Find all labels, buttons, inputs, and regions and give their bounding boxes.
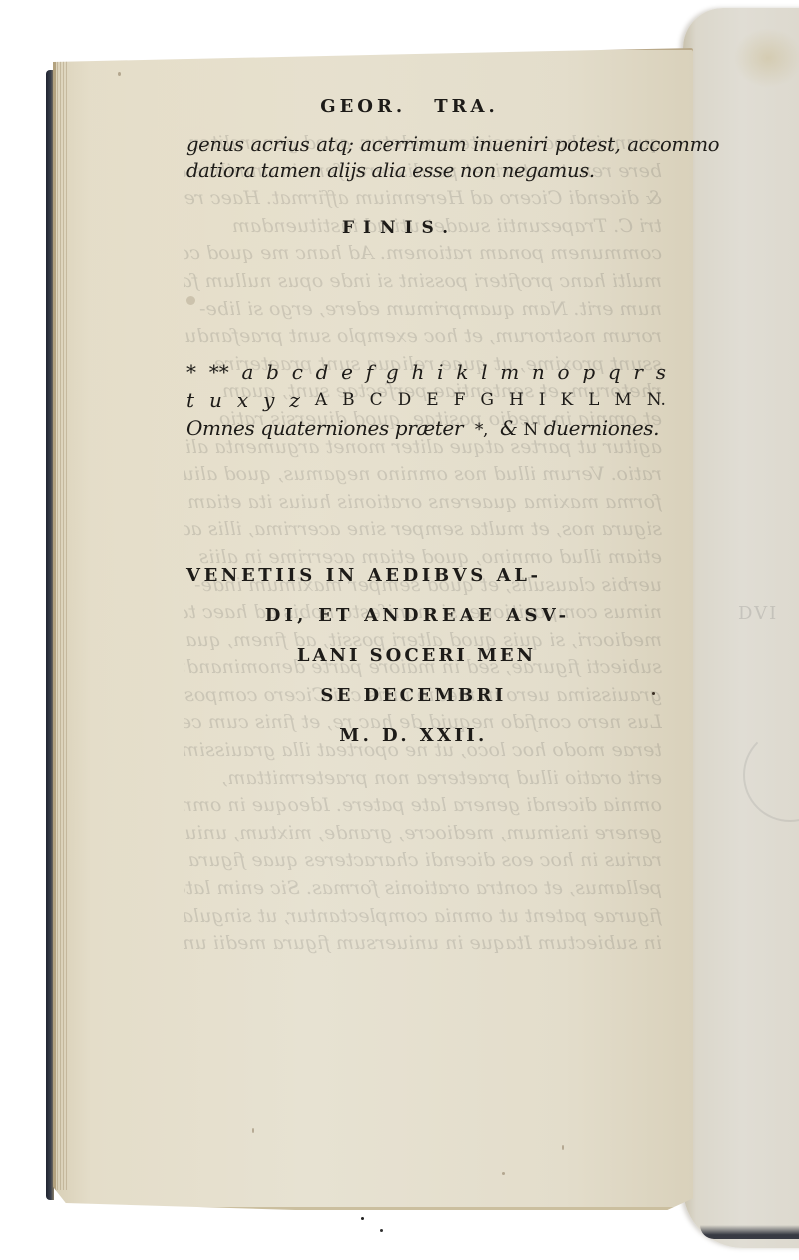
register-signature: e	[341, 358, 353, 386]
register-note-asterisk: *,	[475, 420, 488, 440]
register-signature: r	[633, 358, 643, 386]
register-signature: g	[386, 358, 399, 386]
register-signature: L	[588, 386, 599, 414]
register-signature: f	[366, 358, 373, 386]
show-through-line: rarius in hoc eos dicendi characteres qu…	[184, 847, 662, 875]
register-signature: u	[209, 386, 222, 414]
paper-speck	[252, 1128, 254, 1133]
register-signature: b	[266, 358, 279, 386]
show-through-line: omnia dicendi genera late patere. Ideoqu…	[184, 792, 662, 820]
register-signature: o	[558, 358, 570, 386]
register-signature: a	[241, 358, 253, 386]
register-signature: G	[480, 386, 494, 414]
show-through-line: genere insimum, mediocre, grande, mixtum…	[184, 820, 662, 848]
register-line-lowercase: ***abcdefghiklmnopqrs	[186, 358, 666, 386]
paper-stain	[186, 296, 195, 305]
register-signature: i	[437, 358, 443, 386]
binding-shadow	[700, 1225, 799, 1239]
register-note-text: Omnes quaterniones præter	[186, 416, 463, 440]
colophon-line: DI, ET ANDREAE ASV-	[0, 596, 799, 636]
register-note-ampersand: &	[500, 416, 517, 440]
register-signature: y	[263, 386, 274, 414]
reverse-side-show-through: EXPO. IN ARTEM POETICAM 183 quam in hoc …	[184, 130, 662, 958]
show-through-line: erit oratio illud praeterea non praeterm…	[184, 765, 662, 793]
register-signature: I	[539, 386, 546, 414]
register-signature: D	[398, 386, 412, 414]
signature-register: ***abcdefghiklmnopqrs tuxyzABCDEFGHIKLMN…	[186, 358, 666, 444]
register-line-uppercase: tuxyzABCDEFGHIKLMN.	[186, 386, 666, 414]
register-signature: c	[292, 358, 303, 386]
register-signature: A	[315, 386, 327, 414]
register-signature: **	[209, 358, 229, 386]
show-through-line: sigura nos, et multa semper sine acerrim…	[184, 516, 662, 544]
show-through-line: pellamus, et contra orationis formas. Si…	[184, 875, 662, 903]
register-signature: H	[509, 386, 524, 414]
book-photo: DVI EXPO. IN ARTEM POETICAM 183 quam in …	[0, 0, 799, 1260]
register-signature: z	[289, 386, 300, 414]
register-note-letter: N	[523, 420, 537, 440]
register-signature: d	[316, 358, 329, 386]
register-signature: F	[454, 386, 466, 414]
register-signature: E	[426, 386, 438, 414]
register-signature: l	[481, 358, 487, 386]
register-signature: n	[532, 358, 545, 386]
register-signature: p	[582, 358, 595, 386]
show-through-line: multi hanc profiteri possint si inde opu…	[184, 268, 662, 296]
running-head-left: GEOR.	[320, 96, 406, 117]
colophon-line: VENETIIS IN AEDIBVS AL-	[0, 556, 799, 596]
show-through-line: num erit. Nam quamprimum edere, ergo si …	[184, 296, 662, 324]
dust-speck	[361, 1217, 364, 1220]
register-signature: s	[656, 358, 666, 386]
show-through-line: ratio. Verum illud nos omnino negamus, q…	[184, 461, 662, 489]
paper-speck	[502, 1172, 505, 1175]
register-signature: C	[370, 386, 383, 414]
body-text: genus acrius atq; acerrimum inueniri pot…	[186, 132, 656, 184]
water-stain	[733, 28, 799, 88]
register-signature: K	[560, 386, 573, 414]
register-signature: k	[456, 358, 468, 386]
colophon-date: M. D. XXII.	[0, 716, 799, 756]
paper-speck	[562, 1145, 564, 1150]
body-line: datiora tamen alijs alia esse non negamu…	[186, 158, 656, 184]
finis-heading: FINIS.	[0, 218, 799, 238]
register-signature: q	[608, 358, 621, 386]
show-through-line: rorum nostrorum, et hoc exemplo sunt pra…	[184, 323, 662, 351]
show-through-line: communem ponam rationem. Ad hanc me quod…	[184, 240, 662, 268]
register-signature: B	[342, 386, 355, 414]
show-through-line: forma maxima quaerens orationis huius it…	[184, 489, 662, 517]
register-note-text-end: duerniones.	[544, 416, 659, 440]
body-line: genus acrius atq; acerrimum inueniri pot…	[186, 132, 656, 158]
register-signature: N.	[647, 386, 666, 414]
register-signature: m	[500, 358, 519, 386]
running-head: GEOR.TRA.	[0, 96, 799, 117]
running-head-right: TRA.	[434, 96, 499, 117]
register-signature: h	[411, 358, 424, 386]
dust-speck	[380, 1229, 383, 1232]
show-through-line: figurae patent ut omnia complectantur, u…	[184, 903, 662, 931]
colophon-line: SE DECEMBRI	[0, 676, 799, 716]
show-through-line: in subiectum Itaque in uniuersum figura …	[184, 930, 662, 958]
ink-speck	[652, 692, 655, 695]
paper-speck	[118, 72, 121, 76]
register-signature: *	[186, 358, 196, 386]
colophon-line: LANI SOCERI MEN	[0, 636, 799, 676]
register-note: Omnes quaterniones præter *, & N duernio…	[186, 414, 666, 444]
register-signature: x	[237, 386, 248, 414]
show-through-line: & dicendi Cicero ad Herennium affirmat. …	[184, 185, 662, 213]
register-signature: M	[614, 386, 631, 414]
colophon: VENETIIS IN AEDIBVS AL- DI, ET ANDREAE A…	[0, 556, 799, 756]
register-signature: t	[186, 386, 194, 414]
